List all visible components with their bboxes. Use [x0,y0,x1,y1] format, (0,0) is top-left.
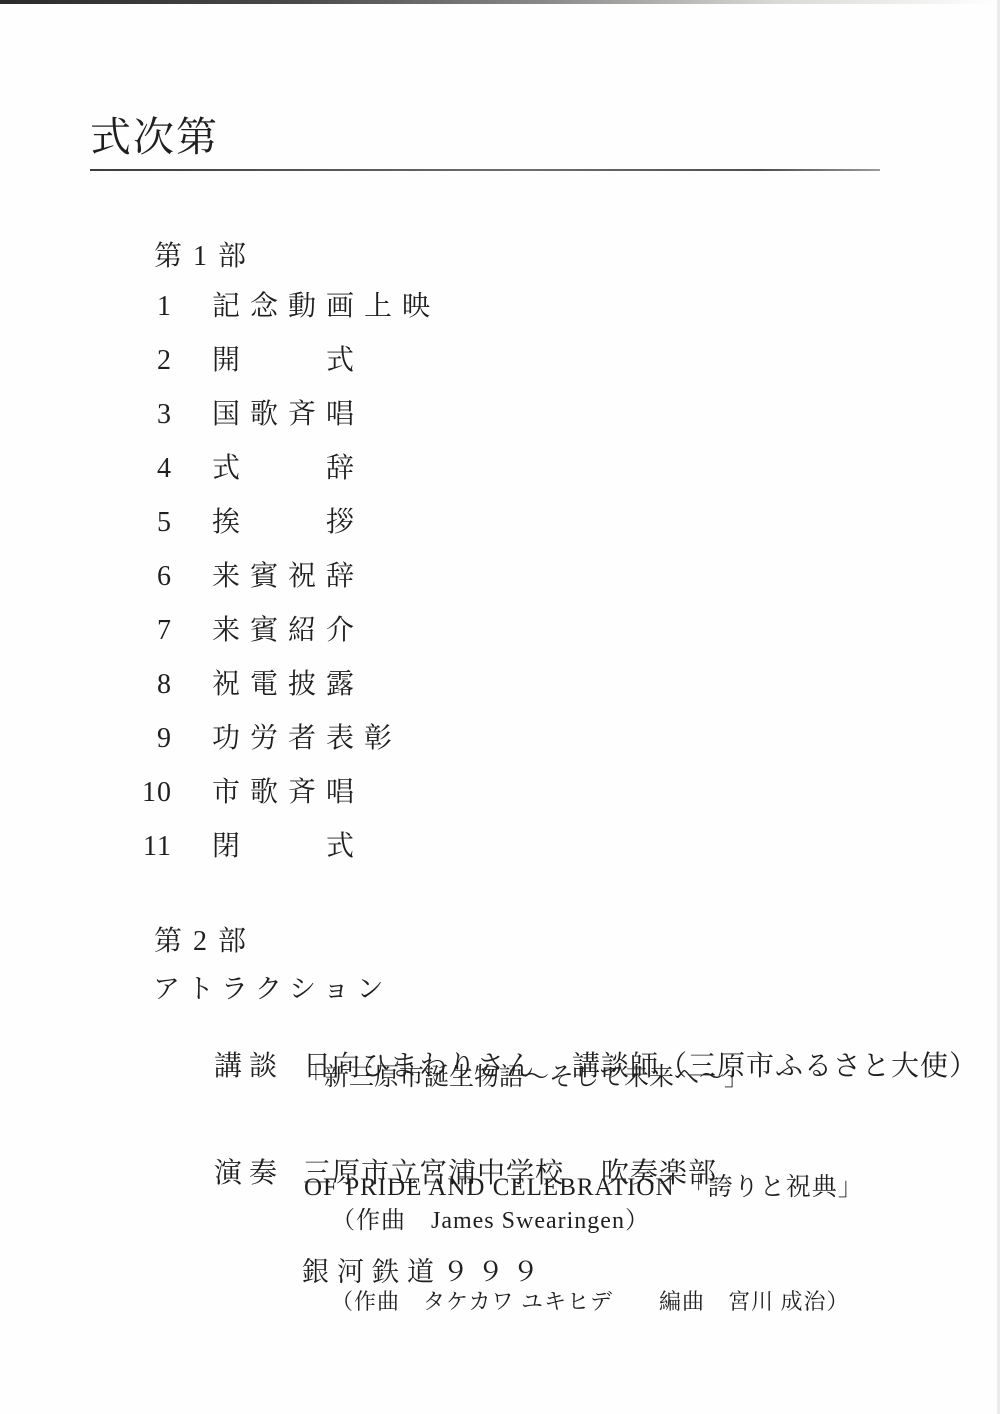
program-item: 11 閉 式 [142,820,440,874]
kodan-piece-title: 「新三原市誕生物語～そして未来へ～」 [299,1057,749,1093]
program-item: 4 式 辞 [142,442,440,496]
program-item: 9 功労者表彰 [142,712,440,766]
program-item: 2 開 式 [142,334,440,388]
item-number: 3 [142,388,172,442]
page-title: 式次第 [90,104,219,163]
item-number: 6 [142,550,172,604]
item-number: 10 [142,766,172,820]
item-number: 7 [142,604,172,658]
scan-artifact-top-edge [0,0,997,4]
program-item: 5 挨 拶 [142,496,440,550]
kodan-type-label: 講 談 [214,1051,277,1082]
piece-credit: （作曲 タケカワ ユキヒデ 編曲 宮川 成治） [331,1285,850,1316]
piece-credit: （作曲 James Swearingen） [331,1200,650,1235]
item-label: 開 式 [212,334,364,388]
part2-heading: 第 2 部 [154,919,248,959]
item-label: 挨 拶 [212,496,364,550]
item-label: 閉 式 [212,820,364,874]
item-label: 式 辞 [212,442,364,496]
part1-heading: 第 1 部 [154,234,248,274]
program-item: 1 記念動画上映 [142,280,440,334]
item-number: 8 [142,658,172,712]
piece-title: 銀河鉄道９９９ [302,1250,547,1289]
item-number: 9 [142,712,172,766]
program-item: 3 国歌斉唱 [142,388,440,442]
piece-title: OF PRIDE AND CELEBRATION 「誇りと祝典」 [304,1167,864,1203]
program-item: 6 来賓祝辞 [142,550,440,604]
item-label: 記念動画上映 [212,280,440,334]
attraction-subheading: アトラクション [153,967,390,1006]
program-item: 7 来賓紹介 [142,604,440,658]
ensou-type-label: 演 奏 [214,1158,277,1189]
item-label: 祝電披露 [212,658,364,712]
item-label: 市歌斉唱 [212,766,364,820]
item-label: 功労者表彰 [212,712,402,766]
item-number: 2 [142,334,172,388]
item-label: 来賓祝辞 [212,550,364,604]
ceremony-program-page: 式次第 第 1 部 1 記念動画上映 2 開 式 3 国歌斉唱 4 式 辞 5 [0,0,1000,1414]
item-number: 5 [142,496,172,550]
program-item: 10 市歌斉唱 [142,766,440,820]
item-number: 11 [142,820,172,874]
item-number: 1 [142,280,172,334]
item-number: 4 [142,442,172,496]
program-item-list: 1 記念動画上映 2 開 式 3 国歌斉唱 4 式 辞 5 挨 拶 6 来賓祝 [142,280,440,874]
title-underline-rule [90,169,880,171]
item-label: 来賓紹介 [212,604,364,658]
program-item: 8 祝電披露 [142,658,440,712]
item-label: 国歌斉唱 [212,388,364,442]
